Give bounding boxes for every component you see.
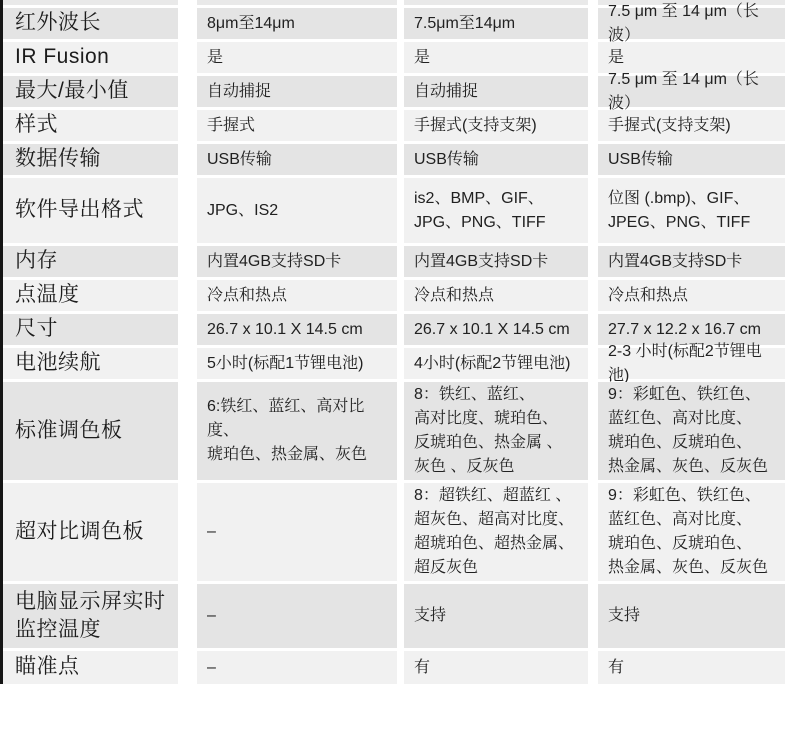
spec-label: 软件导出格式 <box>3 178 178 243</box>
spec-row: 最大/最小值自动捕捉自动捕捉7.5 μm 至 14 μm（长波） <box>3 76 785 107</box>
spec-label: 瞄准点 <box>3 651 178 684</box>
spec-value-col1: 内置4GB支持SD卡 <box>197 246 397 277</box>
spec-value-col1: 8μm至14μm <box>197 8 397 39</box>
spec-label: 最大/最小值 <box>3 76 178 107</box>
spec-value-col2: 8：超铁红、超蓝红 、 超灰色、超高对比度、 超琥珀色、超热金属、 超反灰色 <box>404 483 588 581</box>
spec-value-col3: 2-3 小时(标配2节锂电池) <box>598 348 785 379</box>
spec-value-col2: 4小时(标配2节锂电池) <box>404 348 588 379</box>
spec-label-text: 内存 <box>15 247 58 275</box>
spec-value-col3-text: USB传输 <box>608 148 673 172</box>
spec-value-col3-text: 内置4GB支持SD卡 <box>608 250 742 274</box>
spec-value-col2: is2、BMP、GIF、 JPG、PNG、TIFF <box>404 178 588 243</box>
spec-value-col2: 有 <box>404 651 588 684</box>
spec-value-col1: 6:铁红、蓝红、高对比度、 琥珀色、热金属、灰色 <box>197 382 397 480</box>
spec-label-text: 样式 <box>15 111 58 139</box>
spec-value-col3-text: 冷点和热点 <box>608 284 688 308</box>
spec-value-col2: 26.7 x 10.1 X 14.5 cm <box>404 314 588 345</box>
spec-value-col1: 自动捕捉 <box>197 76 397 107</box>
spec-label-text: 电池续航 <box>15 349 101 377</box>
spec-value-col2: 冷点和热点 <box>404 280 588 311</box>
spec-comparison-page: 红外波长8μm至14μm7.5μm至14μm7.5 μm 至 14 μm（长波）… <box>0 0 790 736</box>
spec-value-col2: USB传输 <box>404 144 588 175</box>
spec-value-col2-text: 冷点和热点 <box>414 284 494 308</box>
spec-value-col1-text: 冷点和热点 <box>207 284 287 308</box>
spec-value-col2-text: 是 <box>414 46 430 70</box>
spec-row: 瞄准点–有有 <box>3 651 785 684</box>
spec-value-col3-text: 是 <box>608 46 624 70</box>
spec-value-col2-text: 内置4GB支持SD卡 <box>414 250 548 274</box>
spec-value-col1: 5小时(标配1节锂电池) <box>197 348 397 379</box>
spec-value-col3: 7.5 μm 至 14 μm（长波） <box>598 8 785 39</box>
spec-value-col3-text: 9：彩虹色、铁红色、 蓝红色、高对比度、 琥珀色、反琥珀色、 热金属、灰色、反灰… <box>608 484 768 580</box>
spec-value-col3: 手握式(支持支架) <box>598 110 785 141</box>
spec-label-text: 红外波长 <box>15 9 101 37</box>
spec-label: 样式 <box>3 110 178 141</box>
spec-label: 标准调色板 <box>3 382 178 480</box>
spec-label-text: IR Fusion <box>15 43 109 71</box>
spec-value-col1: 是 <box>197 42 397 73</box>
spec-label: 电池续航 <box>3 348 178 379</box>
spec-value-col2-text: 支持 <box>414 604 446 628</box>
spec-value-col1: – <box>197 584 397 648</box>
spec-value-col1-text: JPG、IS2 <box>207 199 278 223</box>
spec-row: 超对比调色板–8：超铁红、超蓝红 、 超灰色、超高对比度、 超琥珀色、超热金属、… <box>3 483 785 581</box>
spec-label-text: 软件导出格式 <box>15 196 144 224</box>
spec-value-col2-text: 手握式(支持支架) <box>414 114 537 138</box>
spec-value-col1-text: – <box>207 520 216 544</box>
spec-value-col1-text: 8μm至14μm <box>207 12 295 36</box>
spec-value-col1: – <box>197 483 397 581</box>
spec-value-col2-text: 8：铁红、蓝红、 高对比度、琥珀色、 反琥珀色、热金属 、 灰色 、反灰色 <box>414 383 562 479</box>
spec-value-col2-text: is2、BMP、GIF、 JPG、PNG、TIFF <box>414 187 546 235</box>
spec-value-col3: 支持 <box>598 584 785 648</box>
spec-value-col1: 冷点和热点 <box>197 280 397 311</box>
spec-value-col1-text: 26.7 x 10.1 X 14.5 cm <box>207 318 363 342</box>
spec-value-col2-text: 7.5μm至14μm <box>414 12 515 36</box>
spec-label-text: 电脑显示屏实时 监控温度 <box>15 588 166 645</box>
spec-value-col1: 手握式 <box>197 110 397 141</box>
spec-row: 点温度冷点和热点冷点和热点冷点和热点 <box>3 280 785 311</box>
spec-label: 尺寸 <box>3 314 178 345</box>
spec-value-col3-text: 有 <box>608 656 624 680</box>
spec-value-col3: 9：彩虹色、铁红色、 蓝红色、高对比度、 琥珀色、反琥珀色、 热金属、灰色、反灰… <box>598 382 785 480</box>
spec-value-col3: 位图 (.bmp)、GIF、 JPEG、PNG、TIFF <box>598 178 785 243</box>
spec-value-col3-text: 2-3 小时(标配2节锂电池) <box>608 340 781 388</box>
spec-value-col1-text: 手握式 <box>207 114 255 138</box>
spec-value-col3-text: 7.5 μm 至 14 μm（长波） <box>608 68 781 116</box>
spec-value-col1: USB传输 <box>197 144 397 175</box>
spec-label-text: 瞄准点 <box>15 653 80 681</box>
spec-label-text: 点温度 <box>15 281 80 309</box>
spec-value-col3-text: 27.7 x 12.2 x 16.7 cm <box>608 318 761 342</box>
spec-label-text: 尺寸 <box>15 315 58 343</box>
spec-value-col3: 冷点和热点 <box>598 280 785 311</box>
spec-value-col2: 8：铁红、蓝红、 高对比度、琥珀色、 反琥珀色、热金属 、 灰色 、反灰色 <box>404 382 588 480</box>
spec-label: 红外波长 <box>3 8 178 39</box>
spec-row: 红外波长8μm至14μm7.5μm至14μm7.5 μm 至 14 μm（长波） <box>3 8 785 39</box>
spec-comparison-table: 红外波长8μm至14μm7.5μm至14μm7.5 μm 至 14 μm（长波）… <box>3 0 785 687</box>
spec-value-col1: 26.7 x 10.1 X 14.5 cm <box>197 314 397 345</box>
spec-value-col1: – <box>197 651 397 684</box>
spec-value-col1-text: 内置4GB支持SD卡 <box>207 250 341 274</box>
spec-row: 电池续航5小时(标配1节锂电池)4小时(标配2节锂电池)2-3 小时(标配2节锂… <box>3 348 785 379</box>
spec-label: 数据传输 <box>3 144 178 175</box>
spec-row: 电脑显示屏实时 监控温度–支持支持 <box>3 584 785 648</box>
spec-value-col3: 9：彩虹色、铁红色、 蓝红色、高对比度、 琥珀色、反琥珀色、 热金属、灰色、反灰… <box>598 483 785 581</box>
spec-value-col2-text: 自动捕捉 <box>414 80 478 104</box>
spec-row: 数据传输USB传输USB传输USB传输 <box>3 144 785 175</box>
spec-value-col1-text: 5小时(标配1节锂电池) <box>207 352 363 376</box>
spec-value-col2-text: 有 <box>414 656 430 680</box>
spec-value-col1-text: 自动捕捉 <box>207 80 271 104</box>
spec-value-col3: 7.5 μm 至 14 μm（长波） <box>598 76 785 107</box>
spec-value-col2-text: 4小时(标配2节锂电池) <box>414 352 570 376</box>
spec-value-col2: 自动捕捉 <box>404 76 588 107</box>
spec-value-col3: 有 <box>598 651 785 684</box>
spec-value-col2: 7.5μm至14μm <box>404 8 588 39</box>
spec-value-col3-text: 9：彩虹色、铁红色、 蓝红色、高对比度、 琥珀色、反琥珀色、 热金属、灰色、反灰… <box>608 383 768 479</box>
spec-row: 样式 手握式 手握式(支持支架)手握式(支持支架) <box>3 110 785 141</box>
spec-value-col2: 手握式(支持支架) <box>404 110 588 141</box>
spec-value-col1-text: – <box>207 656 216 680</box>
spec-label: 内存 <box>3 246 178 277</box>
spec-value-col2: 支持 <box>404 584 588 648</box>
spec-label-text: 最大/最小值 <box>15 77 129 105</box>
spec-label-text: 数据传输 <box>15 145 101 173</box>
spec-value-col2: 内置4GB支持SD卡 <box>404 246 588 277</box>
spec-value-col3: 内置4GB支持SD卡 <box>598 246 785 277</box>
spec-value-col3: USB传输 <box>598 144 785 175</box>
spec-label: 点温度 <box>3 280 178 311</box>
spec-value-col2-text: 26.7 x 10.1 X 14.5 cm <box>414 318 570 342</box>
spec-value-col3-text: 7.5 μm 至 14 μm（长波） <box>608 0 781 48</box>
spec-label: 电脑显示屏实时 监控温度 <box>3 584 178 648</box>
spec-value-col3-text: 位图 (.bmp)、GIF、 JPEG、PNG、TIFF <box>608 187 750 235</box>
spec-value-col2: 是 <box>404 42 588 73</box>
spec-value-col1-text: USB传输 <box>207 148 272 172</box>
spec-value-col1-text: 6:铁红、蓝红、高对比度、 琥珀色、热金属、灰色 <box>207 395 393 467</box>
spec-row: 软件导出格式JPG、IS2is2、BMP、GIF、 JPG、PNG、TIFF位图… <box>3 178 785 243</box>
spec-row: 内存内置4GB支持SD卡内置4GB支持SD卡内置4GB支持SD卡 <box>3 246 785 277</box>
spec-value-col2-text: 8：超铁红、超蓝红 、 超灰色、超高对比度、 超琥珀色、超热金属、 超反灰色 <box>414 484 574 580</box>
spec-value-col3-text: 支持 <box>608 604 640 628</box>
spec-value-col1: JPG、IS2 <box>197 178 397 243</box>
spec-value-col1-text: – <box>207 604 216 628</box>
spec-value-col1-text: 是 <box>207 46 223 70</box>
spec-label: 超对比调色板 <box>3 483 178 581</box>
spec-label-text: 标准调色板 <box>15 417 123 445</box>
spec-label-text: 超对比调色板 <box>15 518 144 546</box>
spec-row: 标准调色板6:铁红、蓝红、高对比度、 琥珀色、热金属、灰色8：铁红、蓝红、 高对… <box>3 382 785 480</box>
spec-value-col3-text: 手握式(支持支架) <box>608 114 731 138</box>
spec-label: IR Fusion <box>3 42 178 73</box>
spec-value-col2-text: USB传输 <box>414 148 479 172</box>
